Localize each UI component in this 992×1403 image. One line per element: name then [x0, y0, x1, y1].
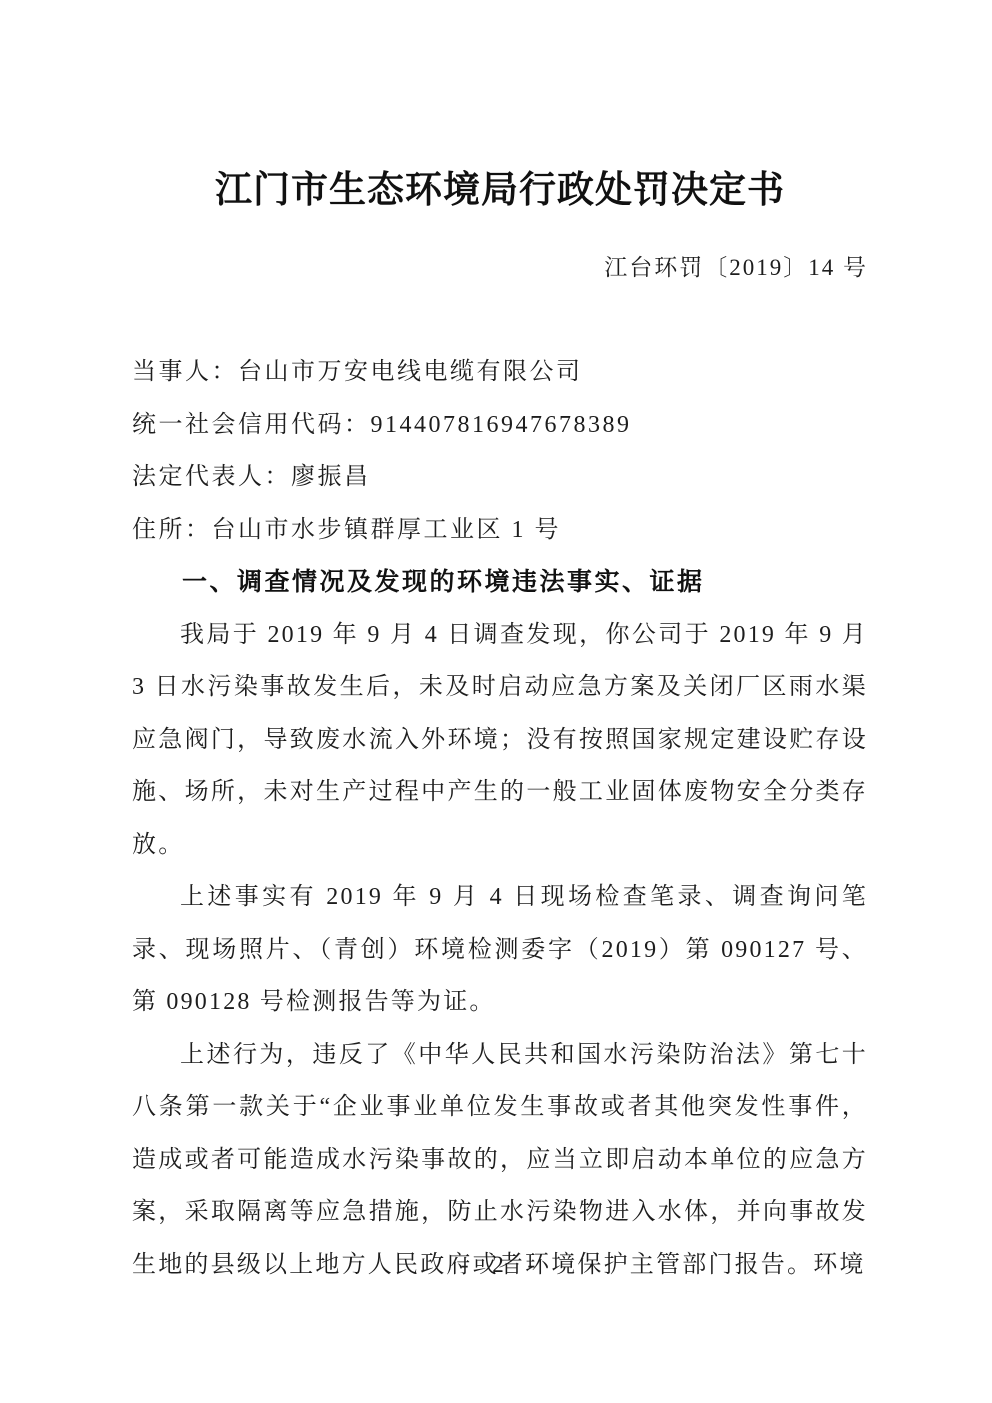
body-paragraph-evidence: 上述事实有 2019 年 9 月 4 日现场检查笔录、调查询问笔录、现场照片、（…	[132, 871, 868, 1029]
legal-rep-row: 法定代表人：廖振昌	[132, 451, 868, 504]
legal-rep-label: 法定代表人：	[132, 464, 291, 490]
document-page: 江门市生态环境局行政处罚决定书 江台环罚〔2019〕14 号 当事人：台山市万安…	[0, 0, 992, 1403]
body-paragraph-findings: 我局于 2019 年 9 月 4 日调查发现，你公司于 2019 年 9 月 3…	[132, 609, 868, 872]
party-name-row: 当事人：台山市万安电线电缆有限公司	[132, 346, 868, 399]
document-content: 江门市生态环境局行政处罚决定书 江台环罚〔2019〕14 号 当事人：台山市万安…	[132, 0, 868, 1291]
section-heading-investigation: 一、调查情况及发现的环境违法事实、证据	[132, 556, 868, 609]
credit-code-row: 统一社会信用代码：914407816947678389	[132, 399, 868, 452]
address-value: 台山市水步镇群厚工业区 1 号	[212, 517, 562, 543]
page-number-footer: - 2 -	[132, 1250, 868, 1280]
credit-code-label: 统一社会信用代码：	[132, 412, 371, 438]
party-name-value: 台山市万安电线电缆有限公司	[238, 359, 583, 385]
credit-code-value: 914407816947678389	[371, 412, 632, 438]
party-name-label: 当事人：	[132, 359, 238, 385]
address-label: 住所：	[132, 517, 212, 543]
party-info-block: 当事人：台山市万安电线电缆有限公司 统一社会信用代码：9144078169476…	[132, 346, 868, 556]
doc-number: 江台环罚〔2019〕14 号	[132, 254, 868, 282]
address-row: 住所：台山市水步镇群厚工业区 1 号	[132, 504, 868, 557]
legal-rep-value: 廖振昌	[291, 464, 371, 490]
document-title: 江门市生态环境局行政处罚决定书	[132, 168, 868, 214]
